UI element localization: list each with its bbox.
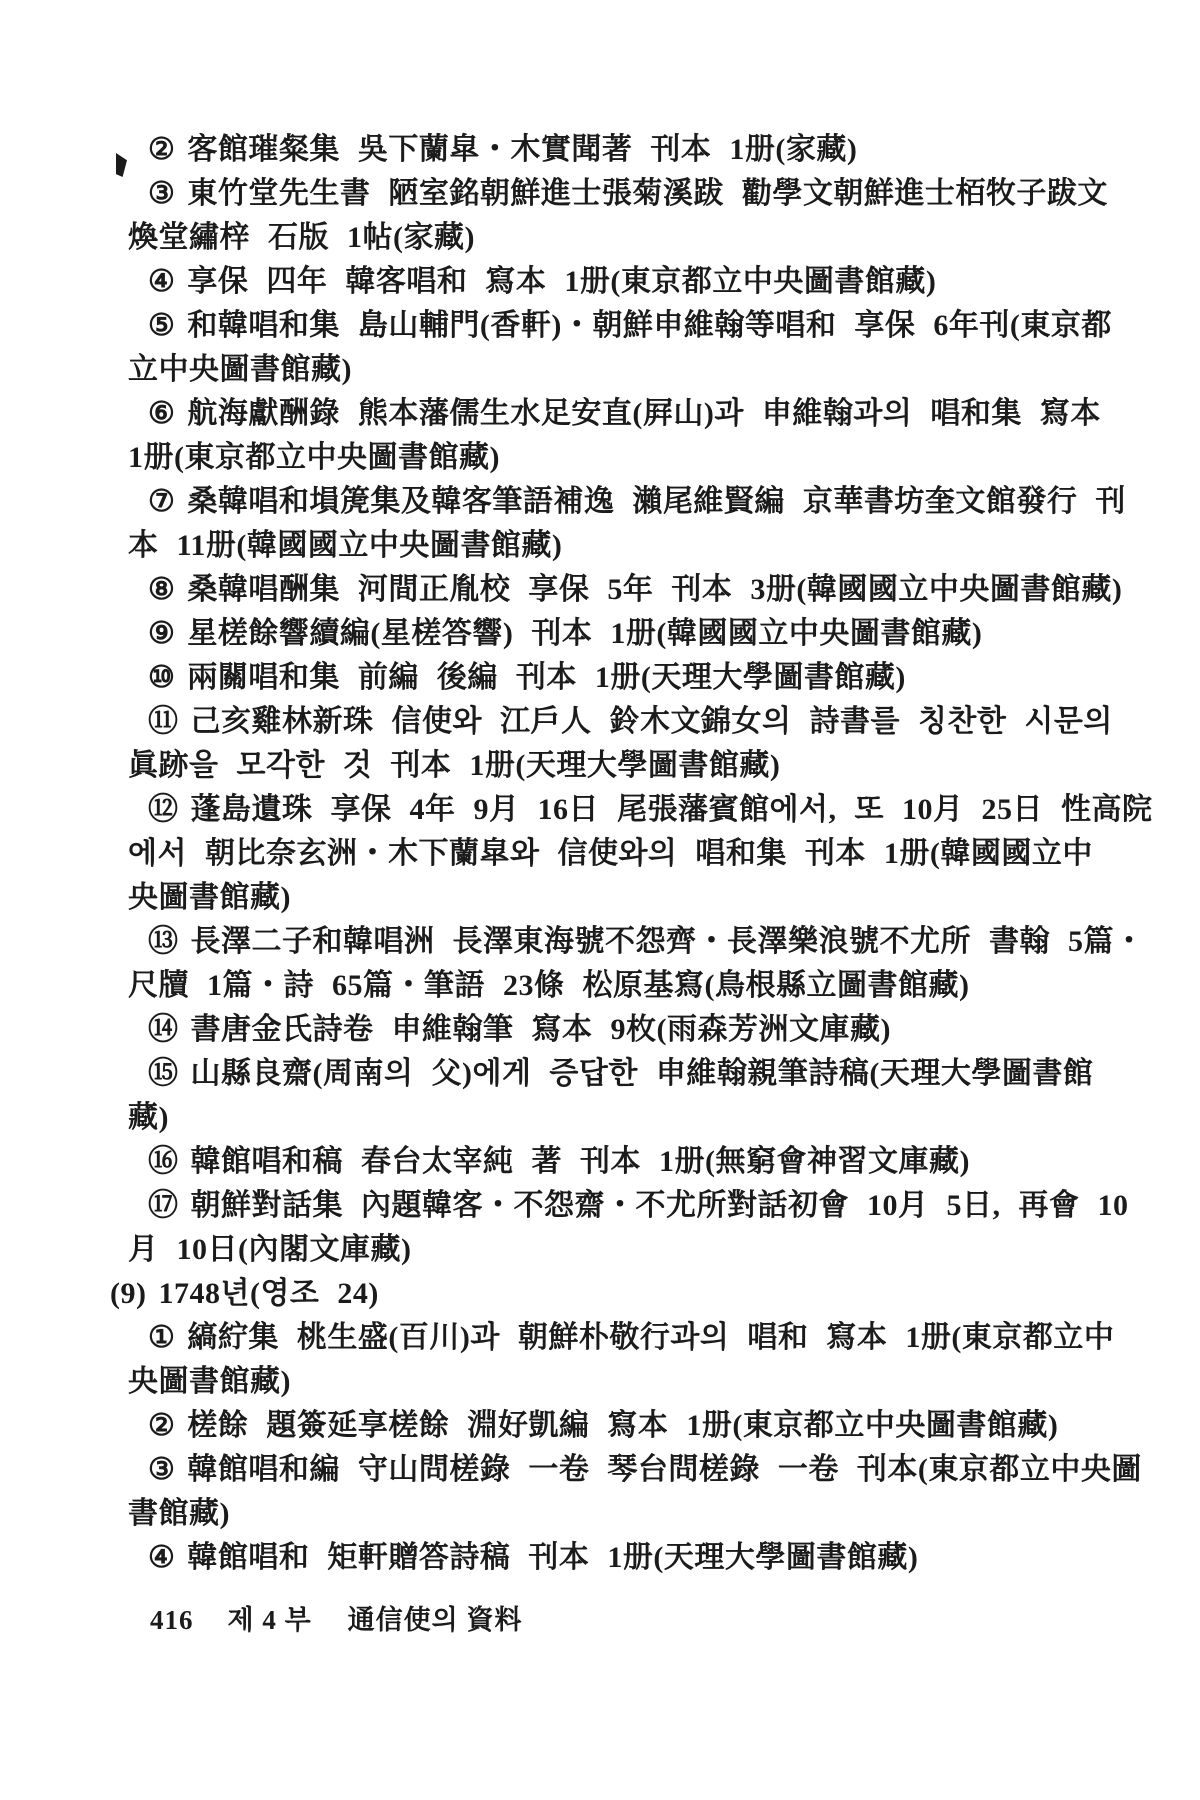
item-text: 藏) <box>128 1101 169 1134</box>
list-item: ④韓館唱和 矩軒贈答詩稿 刊本 1册(天理大學圖書館藏) <box>0 1536 1200 1580</box>
list-item-continuation: 에서 朝比奈玄洲・木下蘭皐와 信使와의 唱和集 刊本 1册(韓國國立中 <box>0 832 1200 876</box>
item-text: 和韓唱和集 島山輔門(香軒)・朝鮮申維翰等唱和 享保 6年刊(東京都 <box>187 309 1111 342</box>
item-marker: ⑭ <box>148 1008 179 1052</box>
list-item-continuation: 藏) <box>0 1096 1200 1140</box>
item-text: 享保 四年 韓客唱和 寫本 1册(東京都立中央圖書館藏) <box>187 265 936 298</box>
item-text: 本 11册(韓國國立中央圖書館藏) <box>128 529 562 562</box>
list-item: ②槎餘 題簽延享槎餘 淵好凱編 寫本 1册(東京都立中央圖書館藏) <box>0 1404 1200 1448</box>
list-item: ③韓館唱和編 守山問槎錄 一卷 琴台問槎錄 一卷 刊本(東京都立中央圖 <box>0 1448 1200 1492</box>
item-text: 韓館唱和編 守山問槎錄 一卷 琴台問槎錄 一卷 刊本(東京都立中央圖 <box>187 1453 1142 1486</box>
bibliography-list: ②客館璀粲集 吳下蘭皐・木實聞著 刊本 1册(家藏)③東竹堂先生書 陋室銘朝鮮進… <box>0 128 1200 1580</box>
item-marker: ⑮ <box>148 1052 179 1096</box>
list-item-continuation: 月 10日(內閣文庫藏) <box>0 1228 1200 1272</box>
item-text: 眞跡을 모각한 것 刊本 1册(天理大學圖書館藏) <box>128 749 780 782</box>
item-marker: ④ <box>148 1536 175 1580</box>
item-text: 星槎餘響續編(星槎答響) 刊本 1册(韓國國立中央圖書館藏) <box>187 617 982 650</box>
list-item-continuation: 央圖書館藏) <box>0 1360 1200 1404</box>
list-item: ⑭書唐金氏詩卷 申維翰筆 寫本 9枚(雨森芳洲文庫藏) <box>0 1008 1200 1052</box>
item-marker: ③ <box>148 172 175 216</box>
list-item-continuation: 立中央圖書館藏) <box>0 348 1200 392</box>
item-marker: ⑧ <box>148 568 175 612</box>
list-item: ⑤和韓唱和集 島山輔門(香軒)・朝鮮申維翰等唱和 享保 6年刊(東京都 <box>0 304 1200 348</box>
item-marker: ③ <box>148 1448 175 1492</box>
list-item: ④享保 四年 韓客唱和 寫本 1册(東京都立中央圖書館藏) <box>0 260 1200 304</box>
item-text: 書館藏) <box>128 1497 230 1530</box>
page-number: 416 <box>150 1605 194 1635</box>
item-text: 書唐金氏詩卷 申維翰筆 寫本 9枚(雨森芳洲文庫藏) <box>191 1013 891 1046</box>
item-marker: ⑰ <box>148 1184 179 1228</box>
list-item-continuation: 書館藏) <box>0 1492 1200 1536</box>
list-item-continuation: 眞跡을 모각한 것 刊本 1册(天理大學圖書館藏) <box>0 744 1200 788</box>
item-marker: ⑨ <box>148 612 175 656</box>
item-marker: ⑫ <box>148 788 179 832</box>
item-text: 桑韓唱酬集 河間正胤校 享保 5年 刊本 3册(韓國國立中央圖書館藏) <box>187 573 1122 606</box>
item-text: 韓館唱和稿 春台太宰純 著 刊本 1册(無窮會神習文庫藏) <box>191 1145 970 1178</box>
scanned-book-page: ②客館璀粲集 吳下蘭皐・木實聞著 刊本 1册(家藏)③東竹堂先生書 陋室銘朝鮮進… <box>0 0 1200 1800</box>
item-text: 桑韓唱和塤箎集及韓客筆語補逸 瀨尾維賢編 京華書坊奎文館發行 刊 <box>187 485 1126 518</box>
list-item-continuation: 煥堂繡梓 石版 1帖(家藏) <box>0 216 1200 260</box>
list-item: ⑰朝鮮對話集 內題韓客・不怨齋・不尤所對話初會 10月 5日, 再會 10 <box>0 1184 1200 1228</box>
list-item: ⑧桑韓唱酬集 河間正胤校 享保 5年 刊本 3册(韓國國立中央圖書館藏) <box>0 568 1200 612</box>
item-text: 1748년(영조 24) <box>158 1277 378 1310</box>
part-label: 제 4 부 <box>228 1605 312 1635</box>
item-text: 客館璀粲集 吳下蘭皐・木實聞著 刊本 1册(家藏) <box>187 133 857 166</box>
list-item-continuation: 本 11册(韓國國立中央圖書館藏) <box>0 524 1200 568</box>
item-text: 己亥雞林新珠 信使와 江戶人 鈴木文錦女의 詩書를 칭찬한 시문의 <box>191 705 1113 738</box>
item-marker: ⑪ <box>148 700 179 744</box>
item-text: 立中央圖書館藏) <box>128 353 352 386</box>
list-item: ⑯韓館唱和稿 春台太宰純 著 刊本 1册(無窮會神習文庫藏) <box>0 1140 1200 1184</box>
item-text: 韓館唱和 矩軒贈答詩稿 刊本 1册(天理大學圖書館藏) <box>187 1541 918 1574</box>
item-marker: ④ <box>148 260 175 304</box>
item-text: 兩關唱和集 前編 後編 刊本 1册(天理大學圖書館藏) <box>187 661 905 694</box>
item-text: 山縣良齋(周南의 父)에게 증답한 申維翰親筆詩稿(天理大學圖書館 <box>191 1057 1094 1090</box>
item-text: 長澤二子和韓唱洲 長澤東海號不怨齊・長澤樂浪號不尤所 書翰 5篇・ <box>191 925 1145 958</box>
item-text: 尺牘 1篇・詩 65篇・筆語 23條 松原基寫(鳥根縣立圖書館藏) <box>128 969 969 1002</box>
page-footer: 416제 4 부通信使의 資料 <box>150 1598 523 1642</box>
list-item: ⑪己亥雞林新珠 信使와 江戶人 鈴木文錦女의 詩書를 칭찬한 시문의 <box>0 700 1200 744</box>
list-item: ⑮山縣良齋(周南의 父)에게 증답한 申維翰親筆詩稿(天理大學圖書館 <box>0 1052 1200 1096</box>
item-text: 에서 朝比奈玄洲・木下蘭皐와 信使와의 唱和集 刊本 1册(韓國國立中 <box>128 837 1093 870</box>
item-text: 蓬島遺珠 享保 4年 9月 16日 尾張藩賓館에서, 또 10月 25日 性高院 <box>191 793 1153 826</box>
item-text: 航海獻酬錄 熊本藩儒生水足安直(屛山)과 申維翰과의 唱和集 寫本 <box>187 397 1100 430</box>
item-marker: ① <box>148 1316 175 1360</box>
list-item: ⑦桑韓唱和塤箎集及韓客筆語補逸 瀨尾維賢編 京華書坊奎文館發行 刊 <box>0 480 1200 524</box>
item-marker: ② <box>148 1404 175 1448</box>
item-text: 縞紵集 桃生盛(百川)과 朝鮮朴敬行과의 唱和 寫本 1册(東京都立中 <box>187 1321 1114 1354</box>
section-heading: (9)1748년(영조 24) <box>0 1272 1200 1316</box>
list-item: ⑨星槎餘響續編(星槎答響) 刊本 1册(韓國國立中央圖書館藏) <box>0 612 1200 656</box>
list-item: ⑫蓬島遺珠 享保 4年 9月 16日 尾張藩賓館에서, 또 10月 25日 性高… <box>0 788 1200 832</box>
list-item: ①縞紵集 桃生盛(百川)과 朝鮮朴敬行과의 唱和 寫本 1册(東京都立中 <box>0 1316 1200 1360</box>
list-item: ⑥航海獻酬錄 熊本藩儒生水足安直(屛山)과 申維翰과의 唱和集 寫本 <box>0 392 1200 436</box>
item-marker: ⑬ <box>148 920 179 964</box>
item-marker: ⑩ <box>148 656 175 700</box>
list-item-continuation: 1册(東京都立中央圖書館藏) <box>0 436 1200 480</box>
item-text: 東竹堂先生書 陋室銘朝鮮進士張菊溪跋 勸學文朝鮮進士栢牧子跋文 <box>187 177 1108 210</box>
list-item: ②客館璀粲集 吳下蘭皐・木實聞著 刊本 1册(家藏) <box>0 128 1200 172</box>
item-text: 央圖書館藏) <box>128 1365 291 1398</box>
list-item-continuation: 尺牘 1篇・詩 65篇・筆語 23條 松原基寫(鳥根縣立圖書館藏) <box>0 964 1200 1008</box>
item-marker: ⑤ <box>148 304 175 348</box>
list-item: ⑩兩關唱和集 前編 後編 刊本 1册(天理大學圖書館藏) <box>0 656 1200 700</box>
item-marker: ⑥ <box>148 392 175 436</box>
item-text: 1册(東京都立中央圖書館藏) <box>128 441 500 474</box>
list-item: ⑬長澤二子和韓唱洲 長澤東海號不怨齊・長澤樂浪號不尤所 書翰 5篇・ <box>0 920 1200 964</box>
item-text: 央圖書館藏) <box>128 881 291 914</box>
item-marker: ⑯ <box>148 1140 179 1184</box>
part-title: 通信使의 資料 <box>348 1605 523 1635</box>
list-item-continuation: 央圖書館藏) <box>0 876 1200 920</box>
list-item: ③東竹堂先生書 陋室銘朝鮮進士張菊溪跋 勸學文朝鮮進士栢牧子跋文 <box>0 172 1200 216</box>
section-number: (9) <box>110 1272 146 1316</box>
item-text: 月 10日(內閣文庫藏) <box>128 1233 411 1266</box>
item-text: 槎餘 題簽延享槎餘 淵好凱編 寫本 1册(東京都立中央圖書館藏) <box>187 1409 1058 1442</box>
item-marker: ⑦ <box>148 480 175 524</box>
item-text: 煥堂繡梓 石版 1帖(家藏) <box>128 221 475 254</box>
item-text: 朝鮮對話集 內題韓客・不怨齋・不尤所對話初會 10月 5日, 再會 10 <box>191 1189 1129 1222</box>
item-marker: ② <box>148 128 175 172</box>
